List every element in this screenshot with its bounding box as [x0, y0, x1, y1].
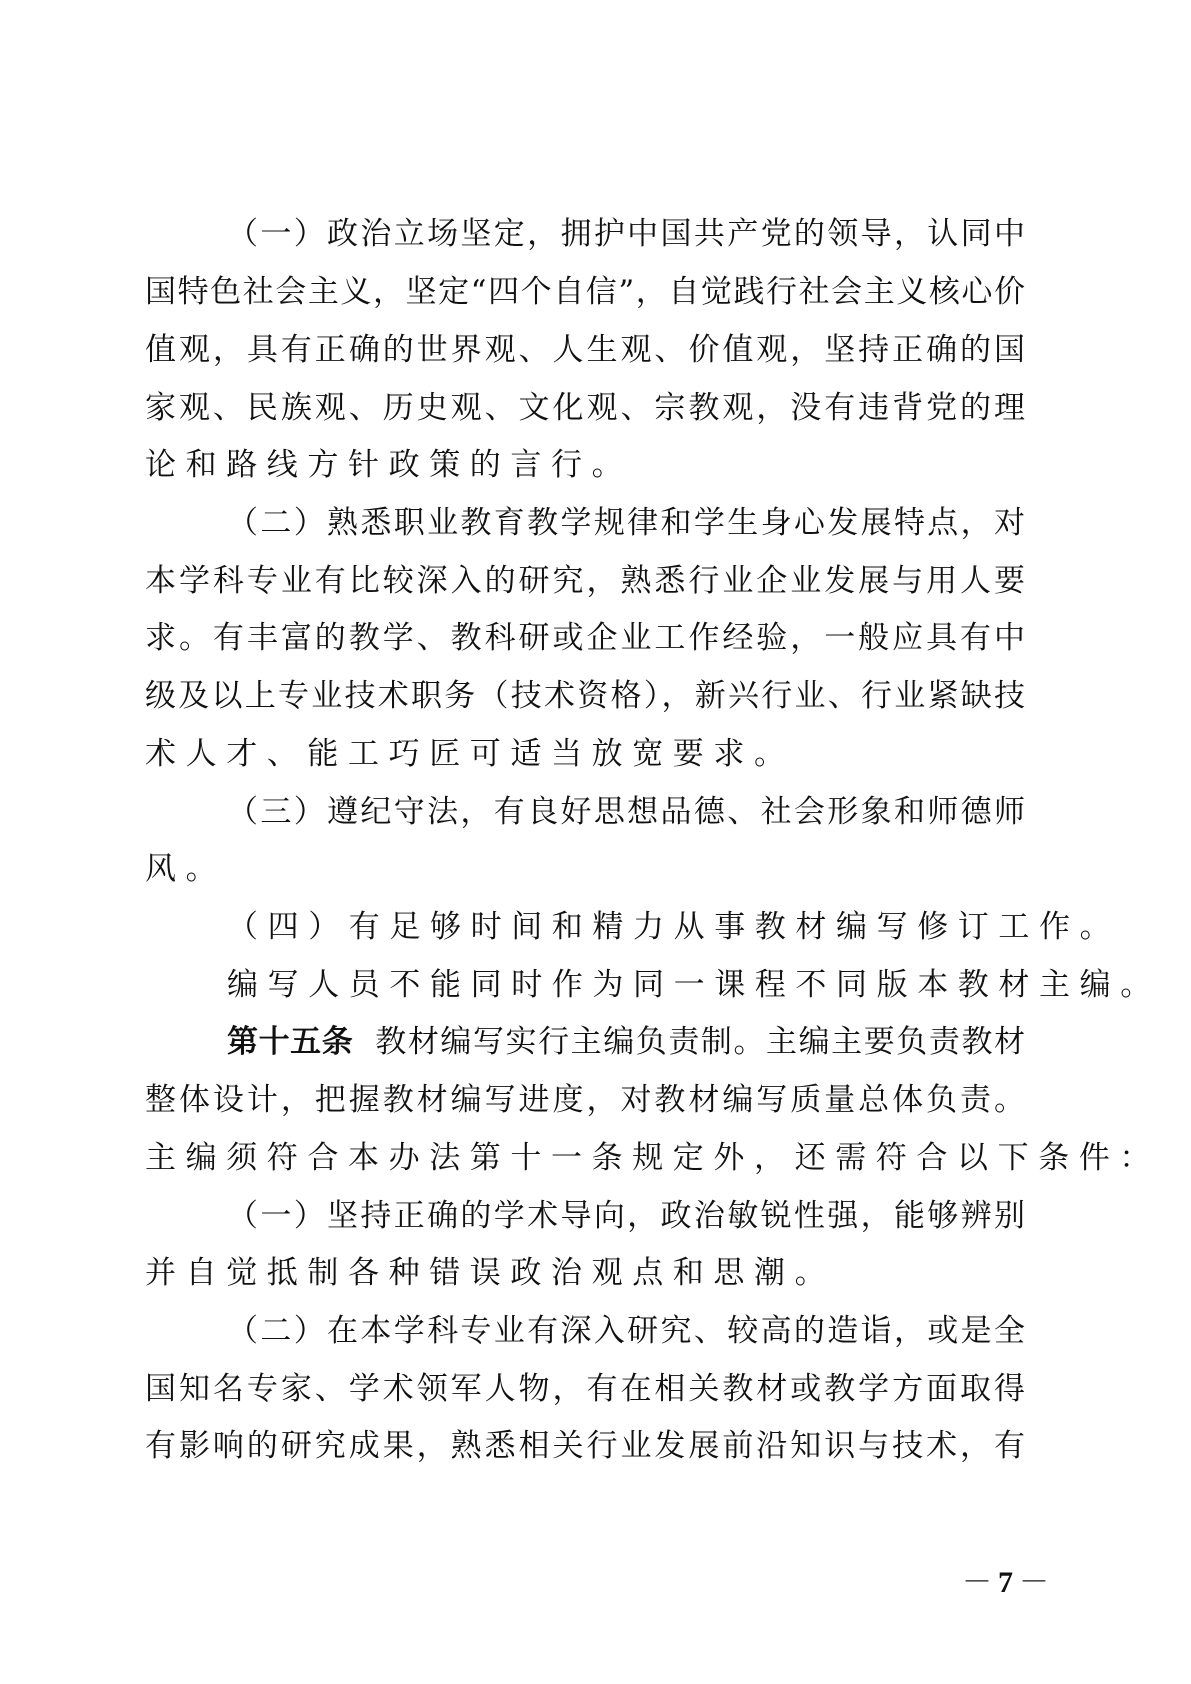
text-line: 论和路线方针政策的言行。: [145, 445, 1025, 485]
text-line: 值观，具有正确的世界观、人生观、价值观，坚持正确的国: [145, 330, 1025, 370]
article-text: 教材编写实行主编负责制。主编主要负责教材: [375, 1024, 1025, 1060]
page-number-dash-right: －: [1019, 1566, 1055, 1599]
article-heading: 第十五条: [227, 1024, 353, 1060]
text-line: 家观、民族观、历史观、文化观、宗教观，没有违背党的理: [145, 388, 1025, 428]
text-line: 级及以上专业技术职务（技术资格），新兴行业、行业紧缺技: [145, 676, 1025, 716]
text-line: 国特色社会主义，坚定“四个自信”，自觉践行社会主义核心价: [145, 272, 1025, 312]
text-line: （三）遵纪守法，有良好思想品德、社会形象和师德师: [227, 792, 1025, 832]
text-line: （四）有足够时间和精力从事教材编写修订工作。: [227, 907, 1025, 947]
text-line: （二）熟悉职业教育教学规律和学生身心发展特点，对: [227, 503, 1025, 543]
page-number-dash-left: －: [962, 1566, 998, 1599]
text-line: 求。有丰富的教学、教科研或企业工作经验，一般应具有中: [145, 618, 1025, 658]
text-line: 本学科专业有比较深入的研究，熟悉行业企业发展与用人要: [145, 561, 1025, 601]
text-line: 编写人员不能同时作为同一课程不同版本教材主编。: [227, 965, 1025, 1005]
page-number-value: 7: [998, 1566, 1019, 1599]
text-line: 风。: [145, 849, 1025, 889]
text-line: 并自觉抵制各种错误政治观点和思潮。: [145, 1253, 1025, 1293]
text-line: （二）在本学科专业有深入研究、较高的造诣，或是全: [227, 1311, 1025, 1351]
text-line: 术人才、能工巧匠可适当放宽要求。: [145, 734, 1025, 774]
text-line: （一）坚持正确的学术导向，政治敏锐性强，能够辨别: [227, 1196, 1025, 1236]
text-line: 有影响的研究成果，熟悉相关行业发展前沿知识与技术，有: [145, 1426, 1025, 1466]
text-line: 主编须符合本办法第十一条规定外，还需符合以下条件：: [145, 1138, 1025, 1178]
text-line: （一）政治立场坚定，拥护中国共产党的领导，认同中: [227, 214, 1025, 254]
text-line: 国知名专家、学术领军人物，有在相关教材或教学方面取得: [145, 1369, 1025, 1409]
document-page: （一）政治立场坚定，拥护中国共产党的领导，认同中 国特色社会主义，坚定“四个自信…: [0, 0, 1191, 1684]
article-line: 第十五条教材编写实行主编负责制。主编主要负责教材: [227, 1022, 1025, 1062]
page-number: －7－: [962, 1566, 1055, 1600]
text-line: 整体设计，把握教材编写进度，对教材编写质量总体负责。: [145, 1080, 1025, 1120]
